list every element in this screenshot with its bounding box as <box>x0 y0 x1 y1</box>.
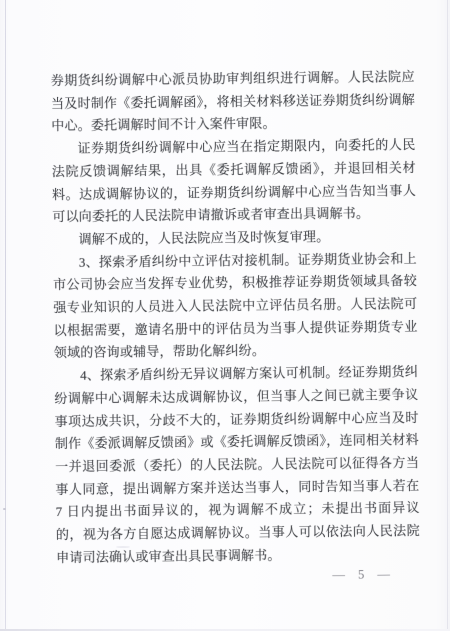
page-number: — 5 — <box>56 567 420 586</box>
page-left-edge <box>5 0 6 631</box>
scanned-page: 券期货纠纷调解中心派员协助审判组织进行调解。人民法院应当及时制作《委托调解函》，… <box>0 0 450 631</box>
paragraph: 4、探索矛盾纠纷无异议调解方案认可机制。经证券期货纠纷调解中心调解未达成调解协议… <box>54 361 420 569</box>
document-text: 券期货纠纷调解中心派员协助审判组织进行调解。人民法院应当及时制作《委托调解函》，… <box>51 66 421 587</box>
paragraph: 证券期货纠纷调解中心应当在指定期限内，向委托的人民法院反馈调解结果，出具《委托调… <box>51 134 416 229</box>
paragraph: 3、探索矛盾纠纷中立评估对接机制。证券期货业协会和上市公司协会应当发挥专业优势，… <box>53 248 418 366</box>
page-right-edge <box>447 0 448 631</box>
paragraph: 券期货纠纷调解中心派员协助审判组织进行调解。人民法院应当及时制作《委托调解函》，… <box>51 66 416 138</box>
scan-speck <box>3 508 6 510</box>
